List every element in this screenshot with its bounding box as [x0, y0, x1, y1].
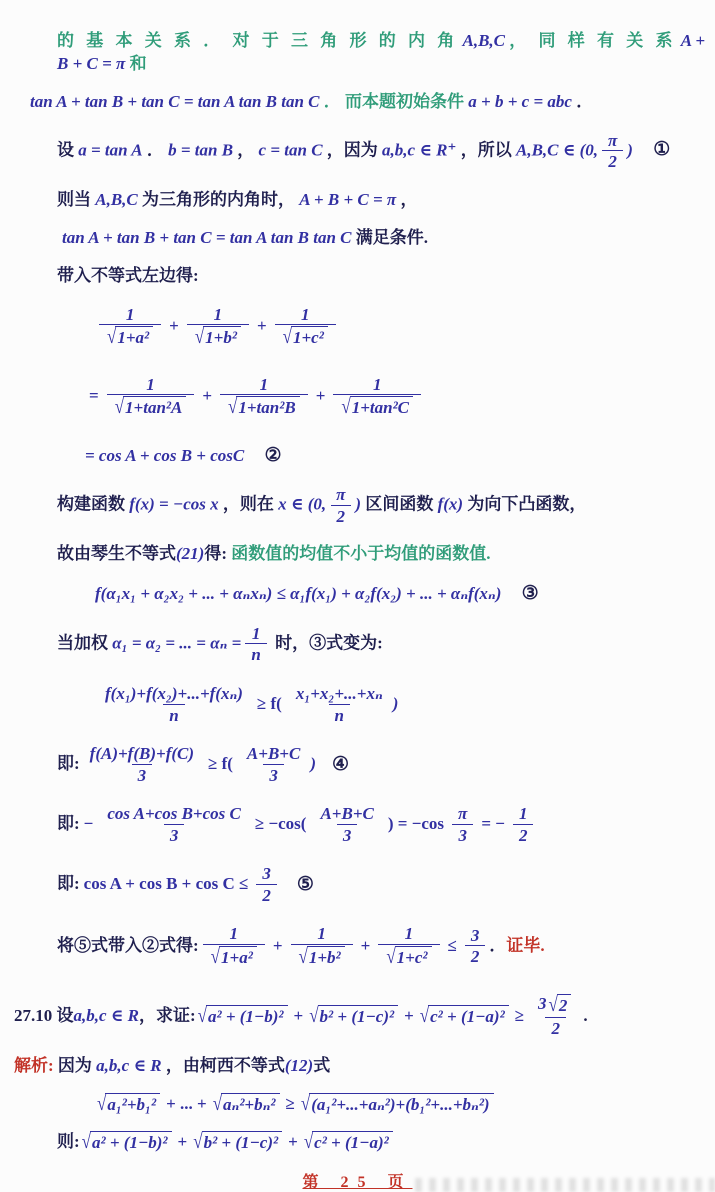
frac-den: √1+c² [378, 944, 439, 968]
line-equal-weights: 当加权 α₁ = α₂ = ... = αₙ =1n 时，③式变为: [57, 622, 707, 667]
frac-num: 1 [254, 375, 275, 395]
radical-sign: √ [195, 326, 204, 349]
frac-den: 2 [513, 824, 534, 846]
math-text: f(α₁x₁ + α₂x₂ + ... + αₙxₙ) ≤ α₁f(x₁) + … [95, 584, 501, 603]
cn-text: 当加权 [57, 633, 108, 652]
minus-operator: − [84, 813, 94, 836]
math-text: ) = −cos [388, 813, 444, 836]
frac-num: 1 [513, 804, 534, 824]
fraction: 1√1+b² [187, 305, 249, 349]
frac-num: 1 [140, 375, 161, 395]
frac-num: π [452, 804, 473, 824]
frac-num: 1 [311, 924, 332, 944]
frac-den: n [163, 704, 184, 726]
sqrt: √c² + (1−a)² [420, 1005, 509, 1027]
sqrt-body: 1+a² [219, 946, 257, 968]
formula-abc-mean: 即: f(A)+f(B)+f(C)3 ≥ f(A+B+C3) ④ [57, 742, 707, 787]
line-substitute-lhs: 带入不等式左边得: [57, 265, 707, 288]
radical-sign: √ [304, 1131, 313, 1154]
radical-sign: √ [549, 994, 558, 1017]
formula-neg-cos-bound: 即: −cos A+cos B+cos C3 ≥ −cos(A+B+C3) = … [57, 802, 707, 847]
cn-text: 则: [57, 1131, 80, 1154]
formula-mean-inequality: f(x₁)+f(x₂)+...+f(xₙ)n ≥ f(x₁+x₂+...+xₙn… [95, 682, 707, 727]
fraction: x₁+x₂+...+xₙn [290, 684, 389, 725]
radical-sign: √ [213, 1093, 222, 1116]
formula-conclusion: 将⑤式带入②式得: 1√1+a² + 1√1+b² + 1√1+c² ≤32． … [57, 922, 707, 970]
line-intro-relation: 的 基 本 关 系 ． 对 于 三 角 形 的 内 角 A,B,C ， 同 样 … [57, 30, 707, 76]
frac-num: 1 [295, 305, 316, 325]
sqrt: √1+c² [283, 326, 328, 348]
plus-operator: + [273, 935, 283, 958]
sqrt: √a² + (1−b)² [198, 1005, 288, 1027]
sqrt-body: 2 [557, 994, 572, 1016]
frac-num: 1 [399, 924, 420, 944]
cn-text: ． 而本题初始条件 [324, 92, 464, 111]
fraction: 1√1+c² [275, 305, 336, 349]
sqrt-body: 1+tan²B [236, 396, 299, 418]
fraction: 1√1+a² [99, 305, 161, 349]
cn-text: . [583, 1005, 587, 1028]
cn-text: 和 [130, 54, 151, 73]
sqrt-body: 1+tan²A [123, 396, 186, 418]
cn-text: 即: [57, 873, 80, 896]
math-text: = − [481, 813, 505, 836]
sqrt: √1+tan²B [228, 396, 300, 418]
frac-num: 1 [367, 375, 388, 395]
sqrt-body: 1+c² [291, 326, 328, 348]
radical-sign: √ [228, 396, 237, 419]
math-text: ) [310, 753, 316, 776]
frac-num: 1 [208, 305, 229, 325]
frac-den: 3 [337, 824, 358, 846]
frac-num: f(x₁)+f(x₂)+...+f(xₙ) [99, 684, 249, 704]
cn-text: ，求证: [139, 1005, 196, 1028]
plus-operator: + [178, 1131, 188, 1154]
frac-den: √1+tan²C [333, 394, 421, 418]
frac-num: f(A)+f(B)+f(C) [84, 744, 200, 764]
math-text: A + B + C = π [299, 190, 396, 209]
cn-text: 构建函数 [57, 495, 125, 514]
frac-num: 3 [465, 926, 486, 946]
math-text: A,B,C [95, 190, 138, 209]
math-text: ≥ −cos( [255, 813, 307, 836]
math-text: A,B,C ∈ (0, [516, 140, 598, 159]
radical-sign: √ [211, 946, 220, 969]
math-text: a,b,c ∈ R⁺ [382, 140, 456, 159]
fraction: 1√1+b² [291, 924, 353, 968]
plus-operator: + [361, 935, 371, 958]
math-text: a = tan A [78, 140, 142, 159]
sqrt: √1+tan²C [341, 396, 413, 418]
line-tan-identity: tan A + tan B + tan C = tan A tan B tan … [30, 91, 707, 114]
sqrt: √b² + (1−c)² [193, 1131, 282, 1153]
page-number: 第 25 页 [302, 1174, 412, 1191]
frac-den: 3 [263, 764, 284, 786]
geq-operator: ≥ [515, 1005, 524, 1028]
fraction: 1√1+tan²A [107, 375, 195, 419]
frac-num: 1 [120, 305, 141, 325]
math-text: cos A + cos B + cos C ≤ [84, 873, 249, 896]
document-page: 的 基 本 关 系 ． 对 于 三 角 形 的 内 角 A,B,C ， 同 样 … [0, 0, 715, 1192]
frac-num: 1 [223, 924, 244, 944]
math-text: ) [393, 693, 399, 716]
sqrt-body: b² + (1−c)² [202, 1131, 283, 1153]
math-text: A,B,C [463, 31, 506, 50]
cn-text: 设 [57, 1005, 74, 1028]
line-analysis: 解析: 因为 a,b,c ∈ R ，由柯西不等式(12)式 [14, 1055, 707, 1078]
math-text: tan A + tan B + tan C = tan A tan B tan … [62, 228, 352, 247]
radical-sign: √ [420, 1005, 429, 1028]
math-text: α₁ = α₂ = ... = αₙ = [112, 633, 241, 652]
formula-lhs-sum: 1√1+a² + 1√1+b² + 1√1+c² [95, 303, 707, 351]
sqrt: √1+tan²A [115, 396, 187, 418]
cn-text: 则当 [57, 190, 91, 209]
math-text: c = tan C [259, 140, 323, 159]
cn-text: ，则在 [223, 495, 274, 514]
radical-sign: √ [341, 396, 350, 419]
sqrt-body: c² + (1−a)² [312, 1131, 393, 1153]
sqrt: √1+b² [195, 326, 241, 348]
cn-text: ， [237, 140, 254, 159]
cn-text: 故由琴生不等式 [57, 544, 176, 563]
green-annotation: 函数值的均值不小于均值的函数值. [231, 544, 490, 563]
fraction: π3 [452, 804, 473, 845]
sqrt: √2 [549, 994, 572, 1016]
fraction: 12 [513, 804, 534, 845]
circled-number: ⑤ [297, 872, 314, 898]
sqrt: √a₁²+b₁² [97, 1093, 160, 1115]
math-text: tan A + tan B + tan C = tan A tan B tan … [30, 92, 320, 111]
sqrt: √aₙ²+bₙ² [213, 1093, 280, 1115]
sqrt-body: 1+tan²C [350, 396, 413, 418]
frac-den: √1+a² [203, 944, 265, 968]
line-jensen-inequality: 故由琴生不等式(21)得: 函数值的均值不小于均值的函数值. [57, 543, 707, 566]
problem-number: 27.10 [14, 1005, 52, 1028]
frac-num: 3 [256, 864, 277, 884]
sqrt-body: 1+b² [307, 946, 345, 968]
sqrt-body: 1+c² [395, 946, 432, 968]
frac-den: 2 [602, 150, 623, 172]
math-text: = cos A + cos B + cosC [85, 446, 244, 465]
fraction: 1√1+tan²B [220, 375, 308, 419]
frac-den: 2 [465, 945, 486, 967]
geq-operator: ≥ [286, 1093, 295, 1116]
sqrt: √1+c² [386, 946, 431, 968]
math-text: (21) [176, 544, 204, 563]
fraction: 1√1+a² [203, 924, 265, 968]
circled-number: ④ [332, 752, 349, 778]
frac-den: 3 [132, 764, 153, 786]
sqrt: √a² + (1−b)² [82, 1131, 172, 1153]
problem-27-10: 27.10 设 a,b,c ∈ R ，求证: √a² + (1−b)² + √b… [14, 992, 707, 1040]
frac-den: √1+c² [275, 324, 336, 348]
cn-text: 满足条件. [356, 228, 428, 247]
radical-sign: √ [386, 946, 395, 969]
plus-operator: + [202, 385, 212, 408]
math-text: ) [627, 140, 633, 159]
math-text: (12) [285, 1056, 313, 1075]
fraction: 1√1+c² [378, 924, 439, 968]
math-text: ≥ f( [257, 693, 282, 716]
fraction: π2 [602, 131, 623, 172]
frac-den: n [245, 643, 266, 665]
equals-operator: = [89, 385, 99, 408]
frac-num: cos A+cos B+cos C [101, 804, 247, 824]
radical-sign: √ [193, 1131, 202, 1154]
fraction: f(A)+f(B)+f(C)3 [84, 744, 200, 785]
radical-sign: √ [107, 326, 116, 349]
cn-text: 设 [57, 140, 74, 159]
frac-den: n [329, 704, 350, 726]
cn-text: 因为 [58, 1056, 92, 1075]
frac-num: 3√2 [532, 994, 579, 1016]
math-text: f(x) = −cos x [129, 495, 218, 514]
sqrt-body: 1+b² [203, 326, 241, 348]
sqrt: √1+a² [211, 946, 257, 968]
cn-text: 式 [313, 1056, 330, 1075]
frac-num: π [602, 131, 623, 151]
sqrt-body: a² + (1−b)² [206, 1005, 288, 1027]
formula-cauchy: √a₁²+b₁² + ... + √aₙ²+bₙ² ≥ √(a₁²+...+aₙ… [95, 1093, 707, 1116]
radical-sign: √ [198, 1005, 207, 1028]
cn-text: 区间函数 [365, 495, 433, 514]
line-substitution-setup: 设 a = tan A ． b = tan B ， c = tan C ，因为 … [57, 129, 707, 174]
frac-den: √1+tan²A [107, 394, 195, 418]
leq-operator: ≤ [448, 935, 457, 958]
fraction: 1√1+tan²C [333, 375, 421, 419]
fraction: A+B+C3 [241, 744, 306, 785]
sqrt-body: c² + (1−a)² [428, 1005, 509, 1027]
radical-sign: √ [301, 1093, 310, 1116]
formula-tan-sum: = 1√1+tan²A + 1√1+tan²B + 1√1+tan²C [85, 373, 707, 421]
frac-den: √1+b² [291, 944, 353, 968]
radical-sign: √ [82, 1131, 91, 1154]
line-triangle-angles: 则当 A,B,C 为三角形的内角时， A + B + C = π ， [57, 189, 707, 212]
math-text: a + b + c = abc [468, 92, 572, 111]
radical-sign: √ [299, 946, 308, 969]
frac-num: π [330, 485, 351, 505]
cn-text: 带入不等式左边得: [57, 266, 199, 285]
formula-cos-sum: = cos A + cos B + cosC ② [85, 443, 707, 469]
math-text: b = tan B [168, 140, 233, 159]
sqrt-body: aₙ²+bₙ² [221, 1093, 279, 1115]
coefficient: 3 [538, 994, 547, 1014]
cn-text: ，因为 [327, 140, 378, 159]
fraction: f(x₁)+f(x₂)+...+f(xₙ)n [99, 684, 249, 725]
sqrt: √(a₁²+...+aₙ²)+(b₁²+...+bₙ²) [301, 1093, 494, 1115]
math-text: ) [355, 495, 361, 514]
cn-text: ． [147, 140, 164, 159]
circled-number: ① [653, 139, 670, 160]
radical-sign: √ [97, 1093, 106, 1116]
sqrt-body: a² + (1−b)² [90, 1131, 172, 1153]
frac-den: √1+tan²B [220, 394, 308, 418]
cn-text: ． [489, 935, 506, 958]
qed-label: 证毕. [506, 935, 544, 958]
formula-cos-upper-bound: 即: cos A + cos B + cos C ≤32 ⑤ [57, 862, 707, 907]
fraction: π2 [330, 485, 351, 526]
fraction: 32 [465, 926, 486, 967]
cn-text: 为三角形的内角时， [142, 190, 295, 209]
fraction: A+B+C3 [314, 804, 379, 845]
sqrt-body: 1+a² [115, 326, 153, 348]
cn-text: 时，③式变为: [275, 633, 383, 652]
sqrt-body: (a₁²+...+aₙ²)+(b₁²+...+bₙ²) [309, 1093, 493, 1115]
circled-number: ② [265, 445, 282, 466]
formula-then-sum: 则: √a² + (1−b)² + √b² + (1−c)² + √c² + (… [57, 1131, 707, 1154]
cn-text: 为向下凸函数， [467, 495, 586, 514]
circled-number: ③ [522, 583, 539, 604]
fraction: 32 [256, 864, 277, 905]
watermark-smudge [415, 1178, 715, 1192]
frac-den: 3 [452, 824, 473, 846]
cn-text: ，所以 [461, 140, 512, 159]
fraction: 3√22 [532, 994, 579, 1038]
plus-operator: + [404, 1005, 414, 1028]
math-text: x ∈ (0, [278, 495, 326, 514]
frac-den: 2 [545, 1017, 566, 1039]
frac-den: √1+a² [99, 324, 161, 348]
frac-den: 2 [256, 884, 277, 906]
math-text: f(x) [438, 495, 463, 514]
sqrt: √1+a² [107, 326, 153, 348]
line-condition-satisfied: tan A + tan B + tan C = tan A tan B tan … [62, 227, 707, 250]
plus-operator: + [294, 1005, 304, 1028]
math-text: a,b,c ∈ R [74, 1005, 139, 1028]
frac-num: A+B+C [314, 804, 379, 824]
radical-sign: √ [115, 396, 124, 419]
sqrt-body: a₁²+b₁² [105, 1093, 160, 1115]
plus-operator: + [169, 315, 179, 338]
plus-operator: + [288, 1131, 298, 1154]
plus-operator: + [316, 385, 326, 408]
frac-num: A+B+C [241, 744, 306, 764]
sqrt: √1+b² [299, 946, 345, 968]
frac-num: x₁+x₂+...+xₙ [290, 684, 389, 704]
frac-num: 1 [246, 624, 267, 644]
line-construct-function: 构建函数 f(x) = −cos x ，则在 x ∈ (0,π2) 区间函数 f… [57, 483, 707, 528]
cn-text: 即: [57, 813, 80, 836]
fraction: cos A+cos B+cos C3 [101, 804, 247, 845]
math-text: ≥ f( [208, 753, 233, 776]
formula-jensen-weighted: f(α₁x₁ + α₂x₂ + ... + αₙxₙ) ≤ α₁f(x₁) + … [95, 581, 707, 607]
cn-text: ， [400, 190, 417, 209]
sqrt: √b² + (1−c)² [309, 1005, 398, 1027]
cn-text: 即: [57, 753, 80, 776]
cn-text: 的 基 本 关 系 ． 对 于 三 角 形 的 内 角 [57, 31, 458, 50]
fraction: 1n [245, 624, 266, 665]
cn-text: ， 同 样 有 关 系 [509, 31, 676, 50]
sqrt: √c² + (1−a)² [304, 1131, 393, 1153]
radical-sign: √ [283, 326, 292, 349]
cn-text: 得: [204, 544, 227, 563]
sqrt-body: b² + (1−c)² [318, 1005, 399, 1027]
frac-den: √1+b² [187, 324, 249, 348]
frac-den: 2 [331, 505, 352, 527]
math-text: a,b,c ∈ R [96, 1056, 161, 1075]
cn-text: ． [576, 92, 593, 111]
math-text: + ... + [166, 1093, 207, 1116]
frac-den: 3 [164, 824, 185, 846]
cn-text: 将⑤式带入②式得: [57, 935, 199, 958]
radical-sign: √ [309, 1005, 318, 1028]
plus-operator: + [257, 315, 267, 338]
cn-text: ，由柯西不等式 [166, 1056, 285, 1075]
analysis-label: 解析: [14, 1056, 54, 1075]
